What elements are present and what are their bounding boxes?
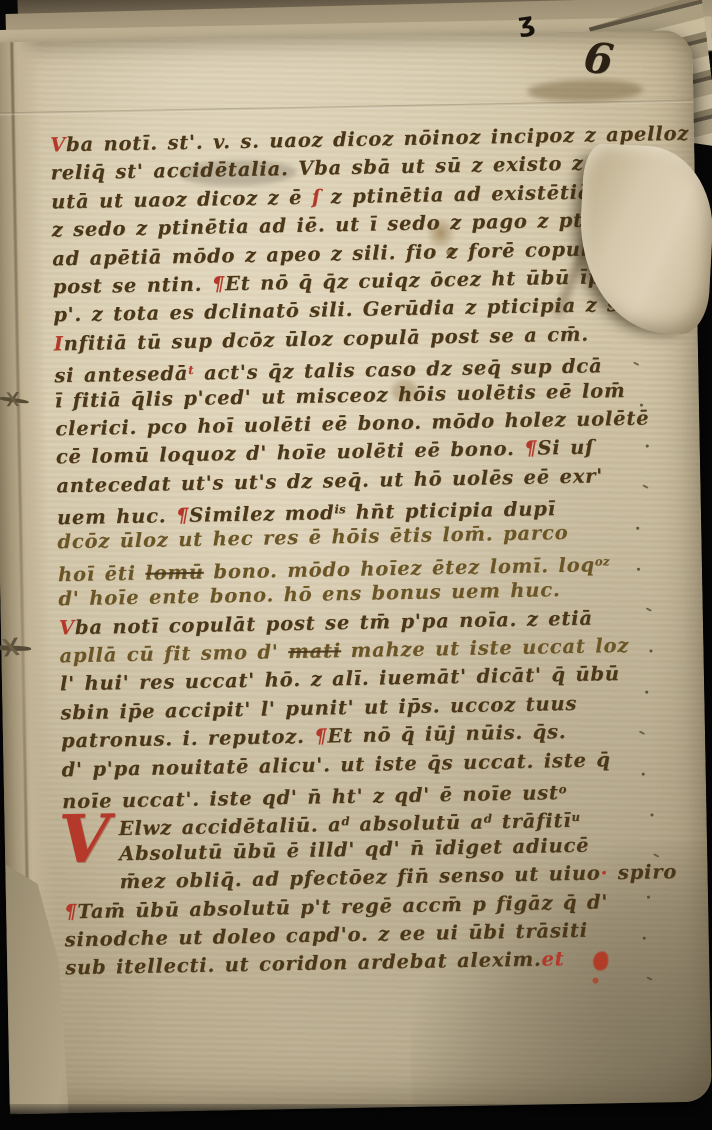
rubric-text: ¶: [314, 725, 328, 748]
ink-text: u: [571, 810, 580, 824]
ink-text: Si uſ: [537, 436, 594, 460]
prick-mark: [647, 976, 653, 981]
ink-text: post se ntin.: [53, 272, 213, 298]
prick-mark: [653, 853, 659, 858]
prick-mark: [650, 814, 653, 817]
rubric-text: ¶: [176, 504, 190, 527]
ink-text: mati: [288, 639, 341, 663]
ink-text: m̄ez obliq̄. ad pfectōez fin̄ senso ut u…: [119, 862, 600, 894]
rubric-text: V: [59, 616, 75, 639]
folio-number: 6: [581, 32, 616, 84]
ink-text: trāfitī: [492, 809, 572, 833]
prick-mark: [645, 607, 651, 612]
ink-text: oz: [595, 554, 610, 568]
ink-text: Similez mod: [189, 501, 335, 527]
sewing-stitch: [0, 394, 29, 407]
ink-text: utā ut uaoz dicoz z ē: [51, 185, 312, 213]
ink-text: hoī ēti: [58, 561, 146, 586]
ink-text: si antesedā: [54, 362, 188, 387]
ink-text: cē lomū loquoz d' hoīe uolēti eē bono.: [56, 437, 525, 469]
ink-text: apllā cū fit smo d': [59, 640, 288, 667]
ink-text: absolutū a: [350, 811, 484, 836]
prick-mark: [642, 484, 648, 489]
text-block: Vba notī. st'. v. s. uaoz dicoz nōinoz i…: [50, 121, 652, 983]
rubric-text: ſ: [312, 185, 322, 208]
rubric-text: ¶: [212, 272, 226, 295]
stain: [527, 79, 643, 103]
ink-text: patronus. i. reputoz.: [61, 725, 315, 753]
ink-text: is: [334, 502, 346, 516]
rubric-text: V: [50, 133, 66, 156]
ink-text: sub itellecti. ut coridon ardebat alexim…: [65, 948, 542, 980]
prick-mark: [649, 649, 652, 652]
rubric-text: I: [54, 332, 64, 355]
ink-text: spiro: [608, 860, 677, 884]
bottom-shadow: [0, 1104, 712, 1130]
red-ink-blot: [592, 978, 598, 984]
ink-text: mahze ut iste uccat loz: [341, 634, 629, 662]
rubric-text: ¶: [64, 900, 78, 923]
prick-mark: [646, 445, 649, 448]
rubric-text: ¶: [524, 437, 538, 460]
ink-text: Et nō q̄ iūj nūis. q̄s.: [327, 720, 566, 747]
ink-text: d: [484, 812, 493, 826]
horizontal-crease: [0, 100, 693, 116]
ink-text: uem huc.: [57, 504, 176, 529]
ink-text: lomū: [145, 560, 204, 584]
rubricated-initial: V: [58, 810, 115, 871]
manuscript-photo: Vba notī. st'. v. s. uaoz dicoz nōinoz i…: [0, 0, 712, 1130]
rubric-text: et: [541, 947, 564, 970]
ink-text: o: [559, 782, 567, 796]
